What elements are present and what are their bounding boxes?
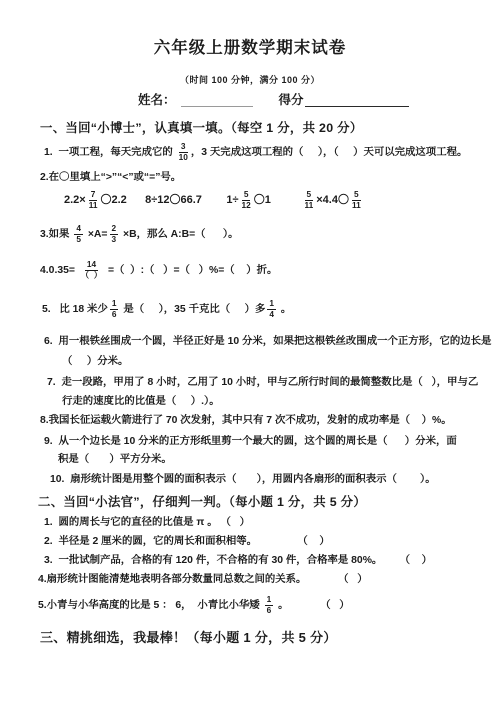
text-segment: 5.小青与小华高度的比是 5 ： 6， 小青比小华矮 (38, 598, 263, 613)
s1-question-7-line2: 行走的速度比的比值是（ ）.）。 (62, 394, 220, 409)
text-segment: 3.如果 (40, 227, 72, 242)
text-segment: 2.2× (64, 193, 86, 208)
s2-question-1: 1. 圆的周长与它的直径的比值是 π 。 （ ） (44, 515, 250, 530)
section3-heading: 三、精挑细选，我最棒！（每小题 1 分，共 5 分） (40, 630, 337, 645)
text-segment: ×B，那么 A:B=（ ）。 (120, 227, 238, 242)
fraction: 512 (241, 190, 252, 210)
s1-question-4: 4.0.35= 14（ ） =（ ）:（ ）=（ ）%=（ ）折。 (40, 255, 277, 285)
fraction: 14（ ） (80, 260, 103, 280)
score-label: 得分 (279, 93, 304, 107)
text-segment: 。 （ ） (275, 598, 349, 613)
score-blank-line (305, 94, 409, 107)
page-subtitle: （时间 100 分钟，满分 100 分） (0, 73, 500, 88)
s1-question-2-intro: 2.在〇里填上“>”“<”或“=”号。 (40, 170, 181, 185)
s1-question-5: 5. 比 18 米少16 是（ ），35 千克比（ ）多14 。 (42, 296, 291, 322)
exam-paper: 六年级上册数学期末试卷 （时间 100 分钟，满分 100 分） 姓名：得分 一… (0, 0, 500, 707)
fraction: 14 (267, 299, 276, 319)
fraction: 23 (110, 224, 119, 244)
text-segment: 〇1 (254, 193, 302, 208)
s1-question-1: 1. 一项工程，每天完成它的 310，3 天完成这项工程的（ ），（ ）天可以完… (44, 139, 467, 165)
text-segment: ，3 天完成这项工程的（ ），（ ）天可以完成这项工程。 (191, 145, 468, 160)
fraction: 310 (178, 142, 189, 162)
text-segment: ×4.4〇 (316, 193, 349, 208)
text-segment: =（ ）:（ ）=（ ）%=（ ）折。 (105, 263, 277, 278)
name-score-row: 姓名：得分 (138, 93, 409, 108)
fraction: 511 (303, 190, 314, 210)
text-segment: 5. 比 18 米少 (42, 302, 108, 317)
text-segment: ×A= (85, 227, 108, 242)
text-segment: 〇2.2 8÷12〇66.7 1÷ (101, 193, 239, 208)
fraction: 16 (265, 595, 274, 615)
page-title: 六年级上册数学期末试卷 (0, 41, 500, 56)
text-segment: 1. 一项工程，每天完成它的 (44, 145, 176, 160)
s1-question-7-line1: 7. 走一段路，甲用了 8 小时，乙用了 10 小时，甲与乙所行时间的最简整数比… (47, 375, 478, 390)
s1-question-6-line1: 6. 用一根铁丝围成一个圆，半径正好是 10 分米，如果把这根铁丝改围成一个正方… (44, 334, 491, 349)
s2-question-5: 5.小青与小华高度的比是 5 ： 6， 小青比小华矮 16 。 （ ） (38, 592, 350, 618)
s1-question-8: 8.我国长征运载火箭进行了 70 次发射，其中只有 7 次不成功，发射的成功率是… (40, 413, 452, 428)
s1-question-3: 3.如果 45 ×A=23 ×B，那么 A:B=（ ）。 (40, 221, 238, 247)
section2-heading: 二、当回“小法官”，仔细判一判。（每小题 1 分，共 5 分） (38, 495, 366, 510)
fraction: 45 (74, 224, 83, 244)
s2-question-3: 3. 一批试制产品，合格的有 120 件，不合格的有 30 件，合格率是 80%… (44, 553, 432, 568)
text-segment: 是（ ），35 千克比（ ）多 (120, 302, 265, 317)
s2-question-4: 4.扇形统计图能清楚地表明各部分数量同总数之间的关系。 （ ） (38, 572, 368, 587)
name-blank-line (181, 94, 253, 107)
fraction: 511 (351, 190, 362, 210)
s1-question-9-line2: 积是（ ）平方分米。 (58, 452, 172, 467)
s1-question-9-line1: 9. 从一个边长是 10 分米的正方形纸里剪一个最大的圆，这个圆的周长是（ ）分… (44, 434, 457, 449)
text-segment: 。 (278, 302, 291, 317)
s1-question-2-expressions: 2.2×711〇2.2 8÷12〇66.7 1÷512〇1 511×4.4〇51… (64, 187, 364, 213)
name-label: 姓名： (138, 93, 176, 107)
section1-heading: 一、当回“小博士”，认真填一填。（每空 1 分，共 20 分） (40, 121, 363, 136)
fraction: 16 (110, 299, 119, 319)
fraction: 711 (88, 190, 99, 210)
s1-question-6-line2: （ ）分米。 (62, 354, 128, 369)
s2-question-2: 2. 半径是 2 厘米的圆，它的周长和面积相等。 （ ） (44, 534, 330, 549)
s1-question-10: 10. 扇形统计图是用整个圆的面积表示（ ），用圆内各扇形的面积表示（ ）。 (50, 472, 436, 487)
text-segment: 4.0.35= (40, 263, 78, 278)
